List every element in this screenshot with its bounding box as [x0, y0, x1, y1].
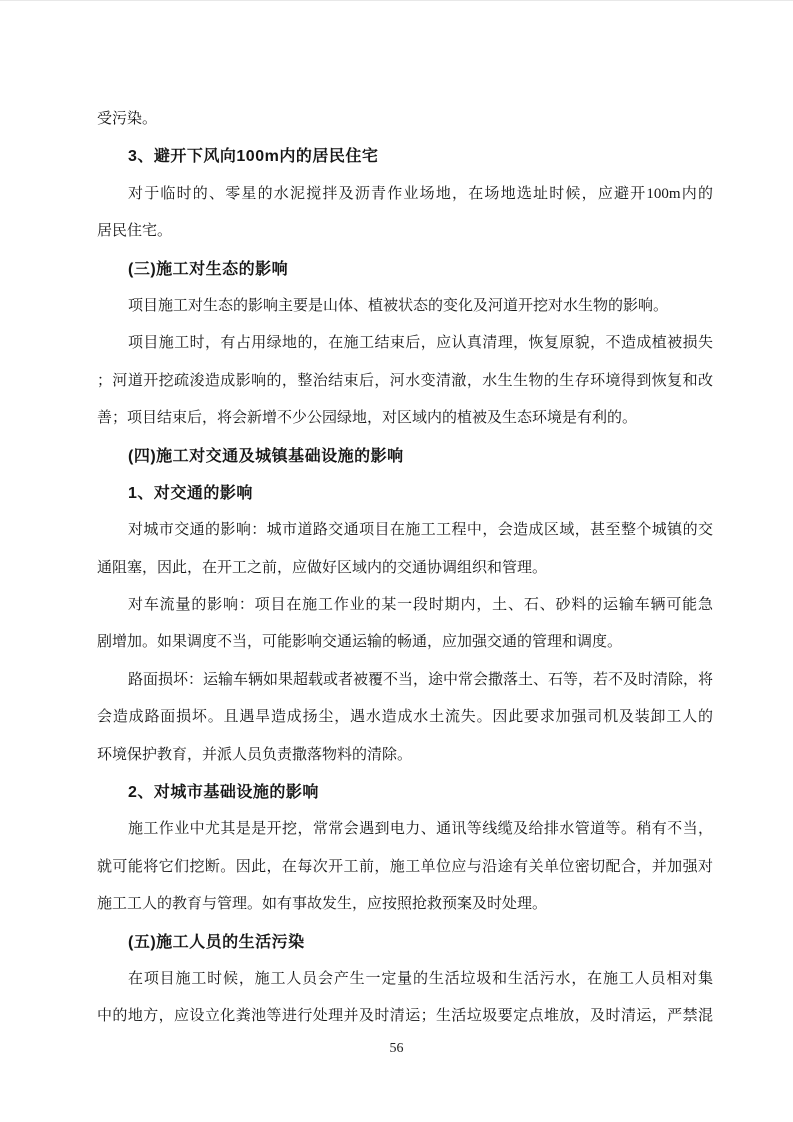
- heading-section-3-ecology-impact: (三)施工对生态的影响: [97, 251, 713, 288]
- body-line: 环境保护教育，并派人员负责撒落物料的清除。: [97, 737, 713, 774]
- heading-1-traffic-impact: 1、对交通的影响: [97, 475, 713, 512]
- heading-section-5-worker-life-pollution: (五)施工人员的生活污染: [97, 924, 713, 961]
- body-line: 在项目施工时候，施工人员会产生一定量的生活垃圾和生活污水，在施工人员相对集: [97, 961, 713, 998]
- body-line: 施工作业中尤其是是开挖，常常会遇到电力、通讯等线缆及给排水管道等。稍有不当，: [97, 811, 713, 848]
- body-line: 对车流量的影响：项目在施工作业的某一段时期内，土、石、砂料的运输车辆可能急: [97, 587, 713, 624]
- paragraph-continuation-line: 受污染。: [97, 101, 713, 138]
- body-line: 就可能将它们挖断。因此，在每次开工前，施工单位应与沿途有关单位密切配合，并加强对: [97, 849, 713, 886]
- body-line: 会造成路面损坏。且遇旱造成扬尘，遇水造成水土流失。因此要求加强司机及装卸工人的: [97, 699, 713, 736]
- body-line: 剧增加。如果调度不当，可能影响交通运输的畅通，应加强交通的管理和调度。: [97, 624, 713, 661]
- body-line: 中的地方，应设立化粪池等进行处理并及时清运；生活垃圾要定点堆放，及时清运，严禁混: [97, 998, 713, 1035]
- body-line: 对城市交通的影响：城市道路交通项目在施工工程中，会造成区域，甚至整个城镇的交: [97, 512, 713, 549]
- body-line: 居民住宅。: [97, 213, 713, 250]
- heading-section-4-traffic-infrastructure: (四)施工对交通及城镇基础设施的影响: [97, 438, 713, 475]
- document-body: 受污染。 3、避开下风向100m内的居民住宅 对于临时的、零星的水泥搅拌及沥青作…: [97, 101, 713, 1036]
- body-line: 对于临时的、零星的水泥搅拌及沥青作业场地，在场地选址时候，应避开100m内的: [97, 176, 713, 213]
- body-line: 路面损坏：运输车辆如果超载或者被覆不当，途中常会撒落土、石等，若不及时清除，将: [97, 662, 713, 699]
- document-page: 受污染。 3、避开下风向100m内的居民住宅 对于临时的、零星的水泥搅拌及沥青作…: [0, 0, 793, 1122]
- body-line: 施工工人的教育与管理。如有事故发生，应按照抢救预案及时处理。: [97, 886, 713, 923]
- body-line: 项目施工时，有占用绿地的，在施工结束后，应认真清理，恢复原貌，不造成植被损失: [97, 325, 713, 362]
- body-line: 项目施工对生态的影响主要是山体、植被状态的变化及河道开挖对水生物的影响。: [97, 288, 713, 325]
- body-line: ；河道开挖疏浚造成影响的，整治结束后，河水变清澈，水生生物的生存环境得到恢复和改: [97, 363, 713, 400]
- body-line: 善；项目结束后，将会新增不少公园绿地，对区域内的植被及生态环境是有利的。: [97, 400, 713, 437]
- heading-2-infrastructure-impact: 2、对城市基础设施的影响: [97, 774, 713, 811]
- heading-3-avoid-downwind-residences: 3、避开下风向100m内的居民住宅: [97, 138, 713, 175]
- body-line: 通阻塞，因此，在开工之前，应做好区域内的交通协调组织和管理。: [97, 550, 713, 587]
- page-number: 56: [0, 1041, 793, 1057]
